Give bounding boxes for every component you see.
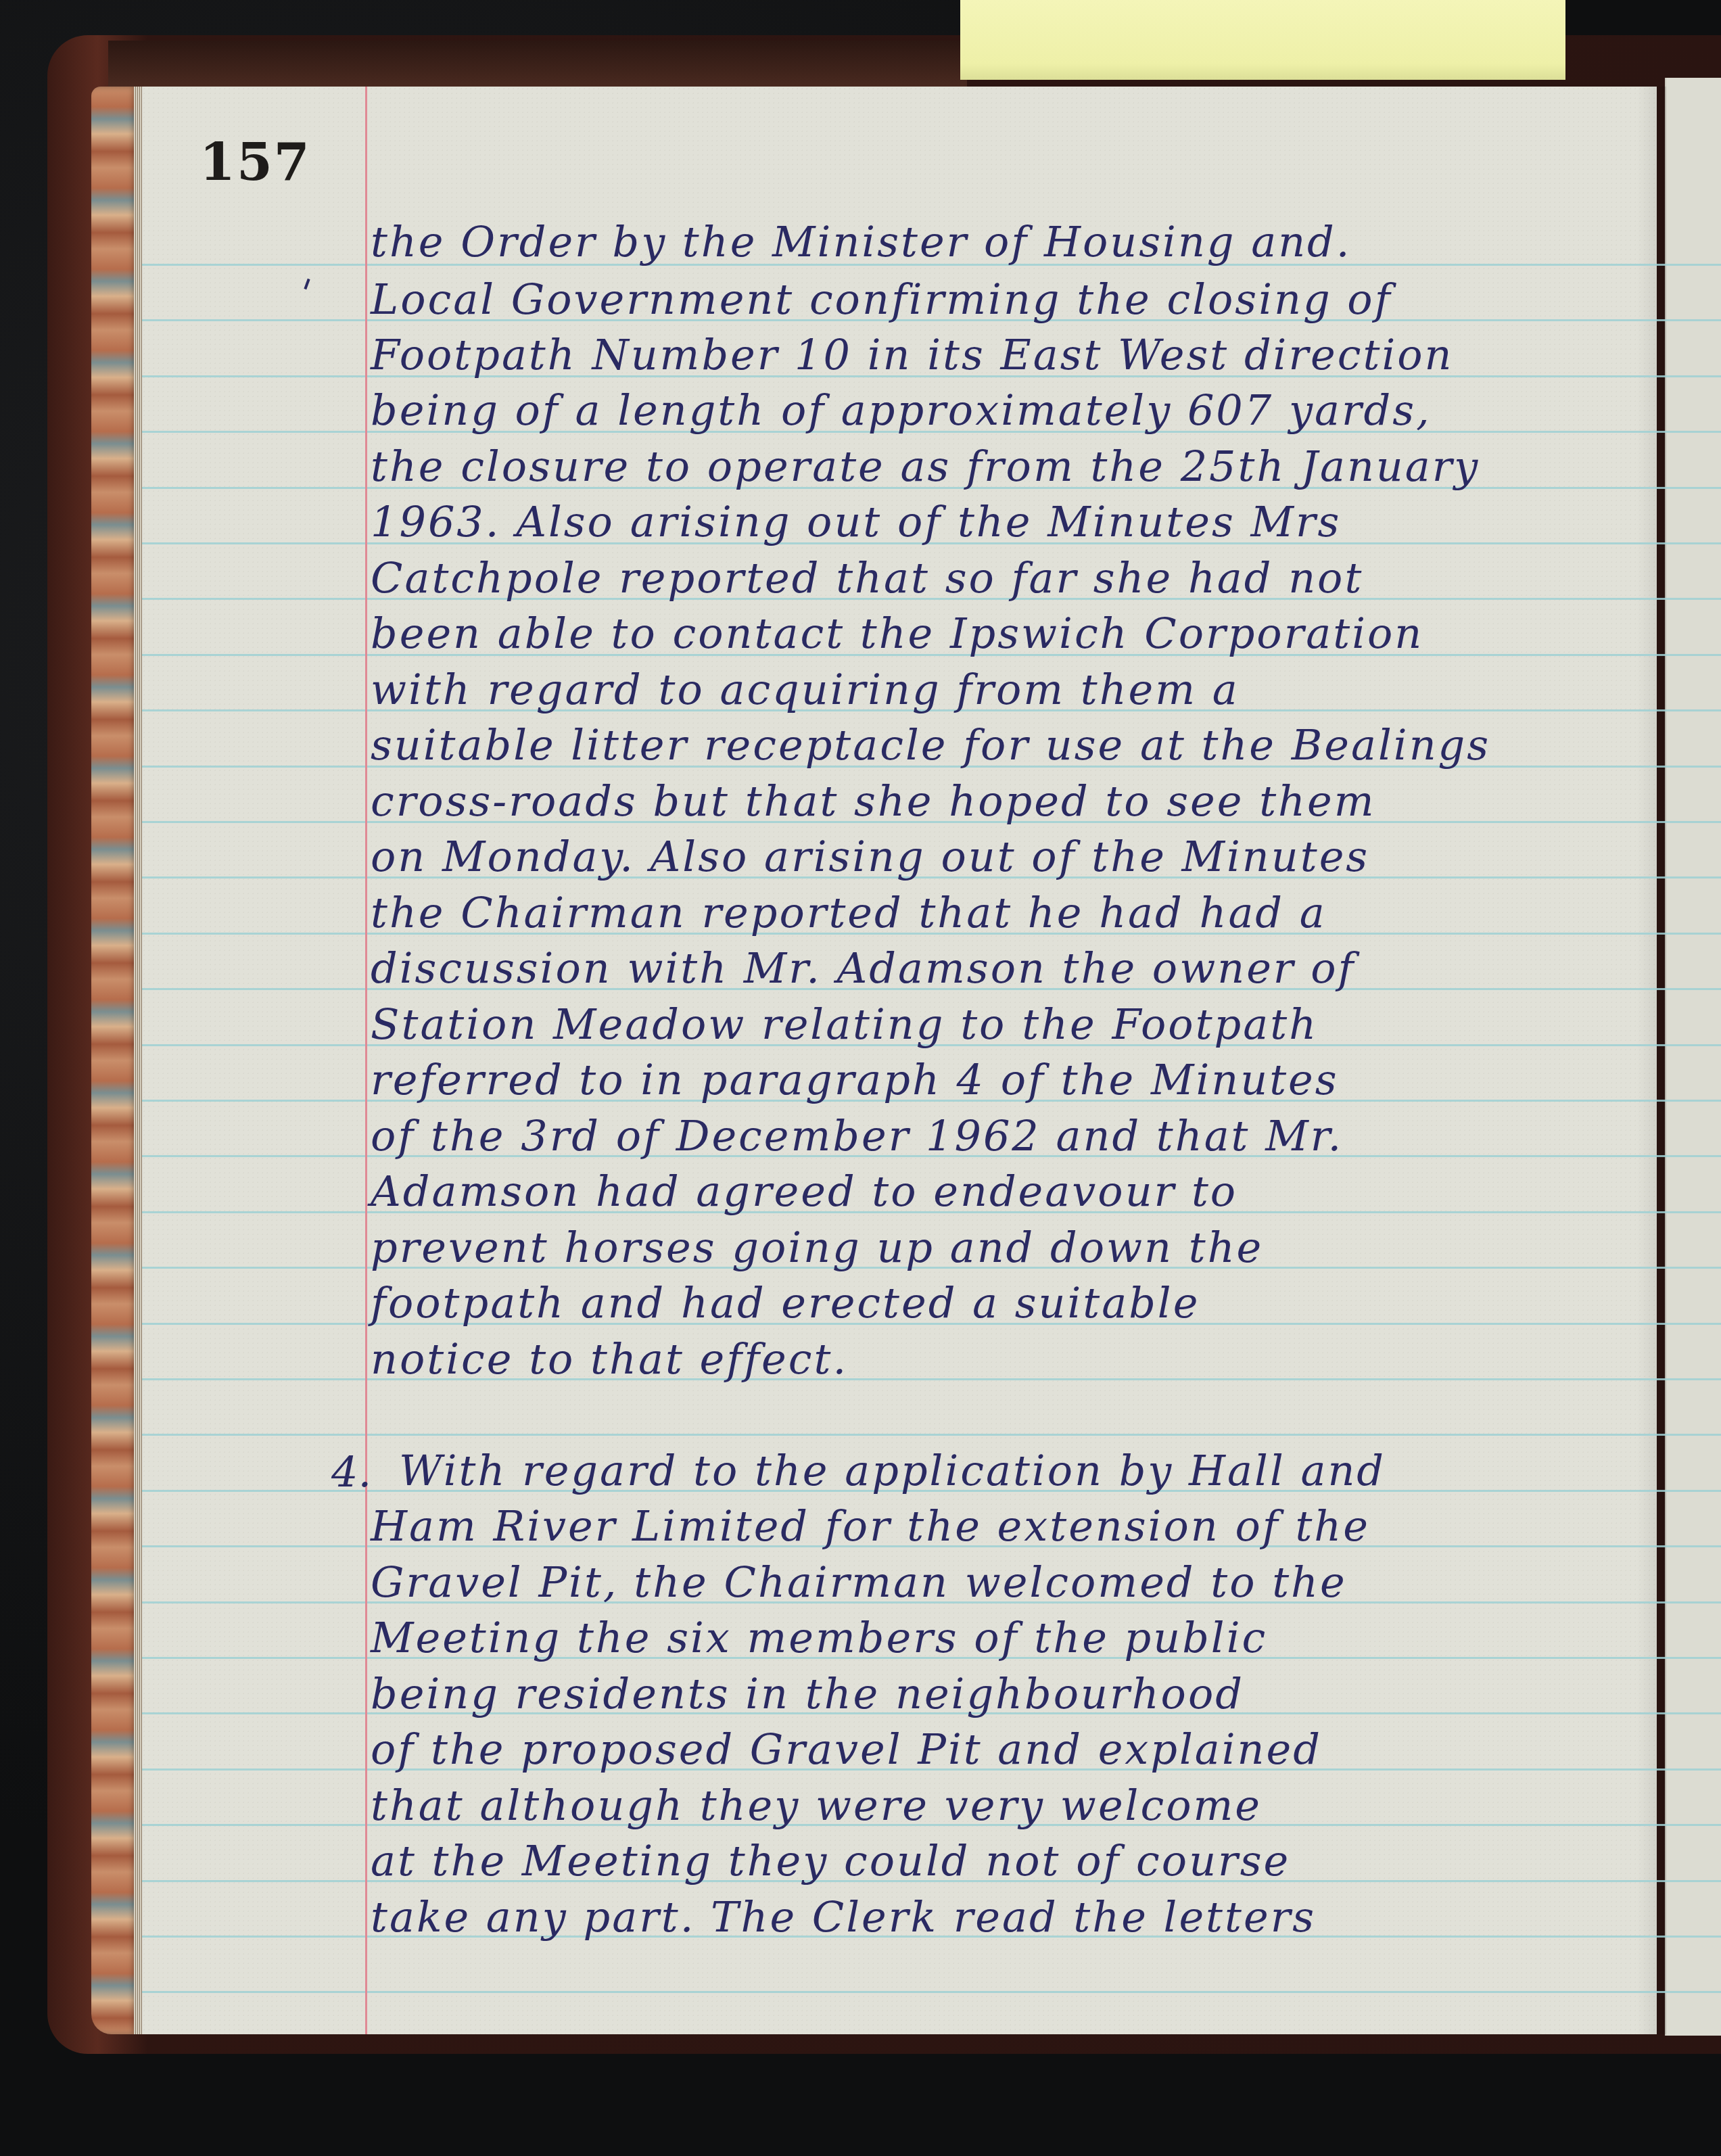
text-line: referred to in paragraph 4 of the Minute… — [371, 1056, 1655, 1104]
text-line: Catchpole reported that so far she had n… — [371, 555, 1655, 602]
text-line: Station Meadow relating to the Footpath — [371, 1001, 1655, 1048]
red-margin-line — [365, 87, 367, 2034]
text-line: of the proposed Gravel Pit and explained — [371, 1726, 1655, 1773]
text-line: With regard to the application by Hall a… — [399, 1447, 1684, 1495]
text-line: being residents in the neighbourhood — [371, 1670, 1655, 1718]
text-line: the Order by the Minister of Housing and… — [371, 218, 1655, 266]
text-line: take any part. The Clerk read the letter… — [371, 1894, 1655, 1941]
text-line: Local Government confirming the closing … — [371, 276, 1655, 323]
text-line: prevent horses going up and down the — [371, 1224, 1655, 1271]
ruled-line — [142, 1434, 1721, 1436]
text-line: suitable litter receptacle for use at th… — [371, 722, 1655, 769]
text-line: the closure to operate as from the 25th … — [371, 443, 1655, 490]
text-line: at the Meeting they could not of course — [371, 1837, 1655, 1885]
sticky-note — [960, 0, 1565, 80]
page-number: 157 — [199, 132, 311, 192]
marbled-page-edges — [91, 87, 137, 2034]
text-line: Ham River Limited for the extension of t… — [371, 1503, 1655, 1550]
text-line: Gravel Pit, the Chairman welcomed to the — [371, 1559, 1655, 1606]
facing-page-edge — [1665, 78, 1721, 2036]
text-line: cross-roads but that she hoped to see th… — [371, 778, 1655, 825]
text-line: of the 3rd of December 1962 and that Mr. — [371, 1112, 1655, 1160]
text-line: been able to contact the Ipswich Corpora… — [371, 610, 1655, 657]
book-cover-top-edge — [108, 41, 967, 88]
text-line: with regard to acquiring from them a — [371, 666, 1655, 713]
text-line: being of a length of approximately 607 y… — [371, 387, 1655, 434]
text-line: Adamson had agreed to endeavour to — [371, 1168, 1655, 1215]
text-line: that although they were very welcome — [371, 1782, 1655, 1829]
paragraph-number: 4. — [331, 1447, 371, 1497]
text-line: discussion with Mr. Adamson the owner of — [371, 945, 1655, 992]
text-line: on Monday. Also arising out of the Minut… — [371, 833, 1655, 881]
text-line: 1963. Also arising out of the Minutes Mr… — [371, 498, 1655, 546]
text-line: footpath and had erected a suitable — [371, 1280, 1655, 1327]
text-line: the Chairman reported that he had had a — [371, 889, 1655, 937]
text-line: notice to that effect. — [371, 1336, 1655, 1383]
text-line: Meeting the six members of the public — [371, 1614, 1655, 1662]
ruled-line — [142, 1991, 1721, 1993]
text-line: Footpath Number 10 in its East West dire… — [371, 331, 1655, 379]
